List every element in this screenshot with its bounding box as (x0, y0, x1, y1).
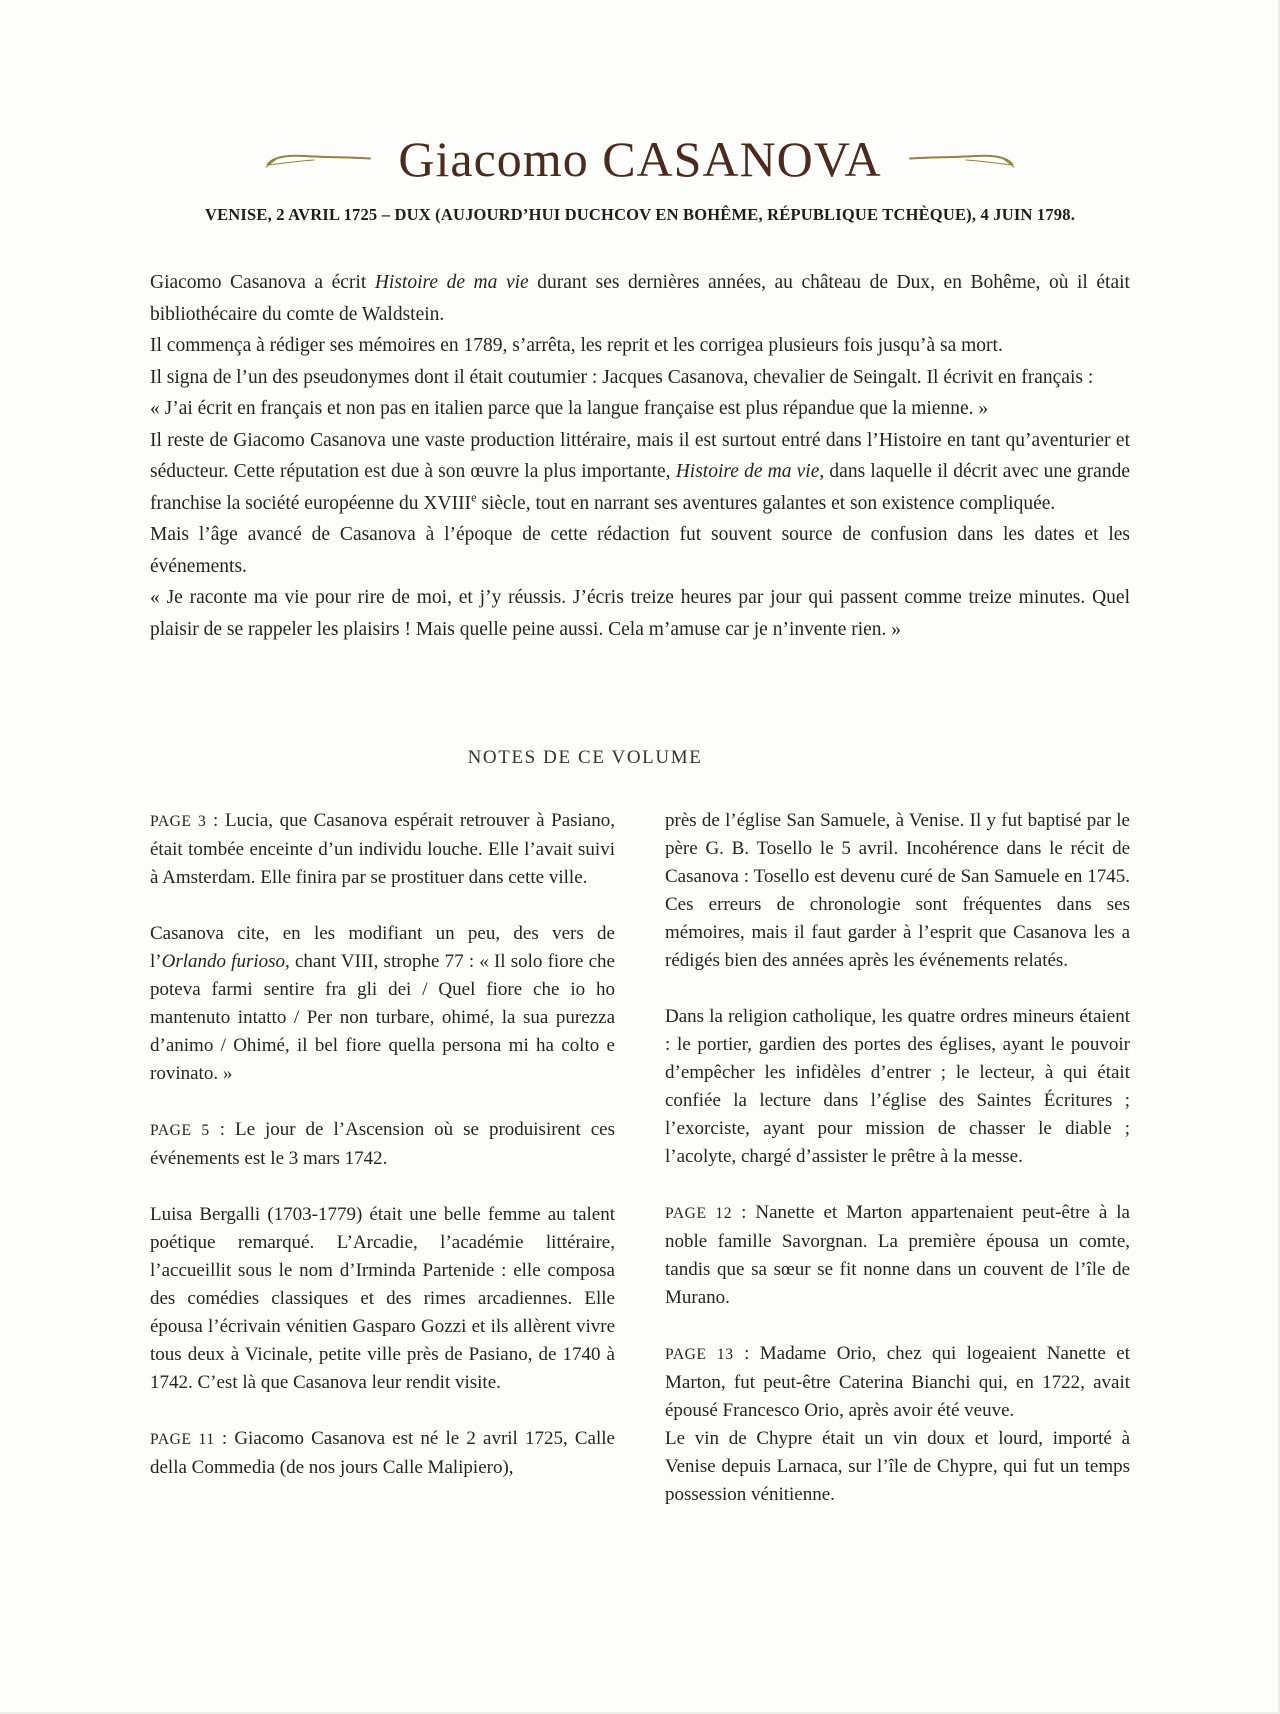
text-run: siècle, tout en narrant ses aventures ga… (476, 493, 1055, 514)
page-title: Giacomo CASANOVA (398, 132, 881, 187)
text-run: : Le jour de l’Ascension où se produisir… (150, 1119, 615, 1169)
title-block: Giacomo CASANOVA VENISE, 2 AVRIL 1725 – … (150, 132, 1130, 225)
paragraph: Il commença à rédiger ses mémoires en 17… (150, 330, 1130, 362)
flourish-right-icon (908, 147, 1016, 178)
paragraph: Il reste de Giacomo Casanova une vaste p… (150, 425, 1130, 520)
page-ref-label: PAGE 12 (665, 1205, 732, 1222)
text-run: : Lucia, que Casanova espérait retrouver… (150, 810, 615, 888)
title-row: Giacomo CASANOVA (150, 132, 1130, 187)
paragraph: Le vin de Chypre était un vin doux et lo… (665, 1425, 1130, 1509)
text-run: Dans la religion catholique, les quatre … (665, 1006, 1130, 1167)
notes-heading: NOTES DE CE VOLUME (150, 747, 1130, 769)
text-run: Luisa Bergalli (1703-1779) était une bel… (150, 1204, 615, 1393)
text-run: Orlando furioso (162, 951, 285, 972)
text-run: Mais l’âge avancé de Casanova à l’époque… (150, 524, 1130, 577)
text-run: Il signa de l’un des pseudonymes dont il… (150, 367, 1093, 388)
paragraph: Il signa de l’un des pseudonymes dont il… (150, 362, 1130, 394)
text-run: Le vin de Chypre était un vin doux et lo… (665, 1428, 1130, 1505)
flourish-left-icon (264, 147, 372, 178)
paragraph: « J’ai écrit en français et non pas en i… (150, 393, 1130, 425)
paragraph: PAGE 13 : Madame Orio, chez qui logeaien… (665, 1340, 1130, 1425)
paragraph: Casanova cite, en les modifiant un peu, … (150, 920, 615, 1088)
paragraph: Dans la religion catholique, les quatre … (665, 1003, 1130, 1171)
paragraph: PAGE 3 : Lucia, que Casanova espérait re… (150, 807, 615, 892)
text-run: : Madame Orio, chez qui logeaient Nanett… (665, 1343, 1130, 1421)
life-dates-subtitle: VENISE, 2 AVRIL 1725 – DUX (AUJOURD’HUI … (150, 205, 1130, 225)
text-run: « J’ai écrit en français et non pas en i… (150, 398, 988, 419)
notes-right-column: près de l’église San Samuele, à Venise. … (665, 807, 1130, 1509)
paragraph: Luisa Bergalli (1703-1779) était une bel… (150, 1201, 615, 1397)
document-page: Giacomo CASANOVA VENISE, 2 AVRIL 1725 – … (0, 0, 1280, 1714)
text-run: Il commença à rédiger ses mémoires en 17… (150, 335, 1003, 356)
page-ref-label: PAGE 11 (150, 1431, 215, 1448)
paragraph: Mais l’âge avancé de Casanova à l’époque… (150, 519, 1130, 582)
paragraph: PAGE 12 : Nanette et Marton appartenaien… (665, 1199, 1130, 1312)
paragraph: PAGE 5 : Le jour de l’Ascension où se pr… (150, 1116, 615, 1173)
text-run: Giacomo Casanova a écrit (150, 272, 375, 293)
text-run: : Giacomo Casanova est né le 2 avril 172… (150, 1428, 615, 1478)
paragraph: « Je raconte ma vie pour rire de moi, et… (150, 582, 1130, 645)
text-run: Histoire de ma vie (375, 272, 529, 293)
text-run: Histoire de ma vie (676, 461, 820, 482)
text-run: « Je raconte ma vie pour rire de moi, et… (150, 587, 1130, 640)
page-content: Giacomo CASANOVA VENISE, 2 AVRIL 1725 – … (150, 132, 1130, 1509)
text-run: : Nanette et Marton appartenaient peut-ê… (665, 1202, 1130, 1308)
notes-left-column: PAGE 3 : Lucia, que Casanova espérait re… (150, 807, 615, 1509)
paragraph: Giacomo Casanova a écrit Histoire de ma … (150, 267, 1130, 330)
paragraph: près de l’église San Samuele, à Venise. … (665, 807, 1130, 975)
intro-section: Giacomo Casanova a écrit Histoire de ma … (150, 267, 1130, 645)
page-ref-label: PAGE 5 (150, 1122, 210, 1139)
text-run: près de l’église San Samuele, à Venise. … (665, 810, 1130, 971)
page-ref-label: PAGE 13 (665, 1346, 734, 1363)
page-ref-label: PAGE 3 (150, 813, 206, 830)
paragraph: PAGE 11 : Giacomo Casanova est né le 2 a… (150, 1425, 615, 1482)
notes-columns: PAGE 3 : Lucia, que Casanova espérait re… (150, 807, 1130, 1509)
